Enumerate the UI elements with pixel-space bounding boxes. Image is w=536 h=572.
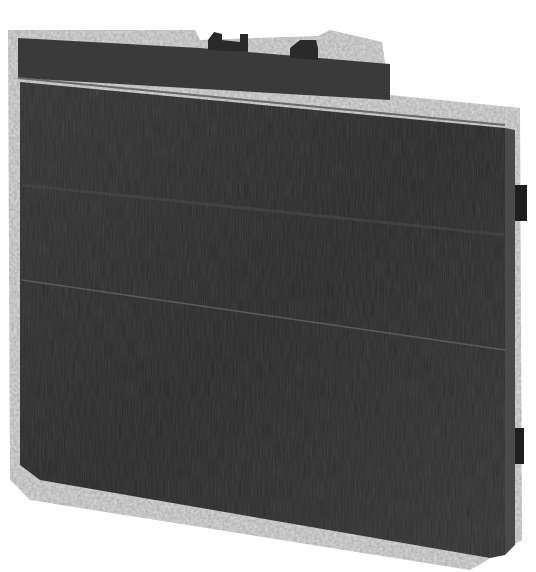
charcoal-filter-photo <box>0 0 536 572</box>
filter-body <box>18 78 515 558</box>
